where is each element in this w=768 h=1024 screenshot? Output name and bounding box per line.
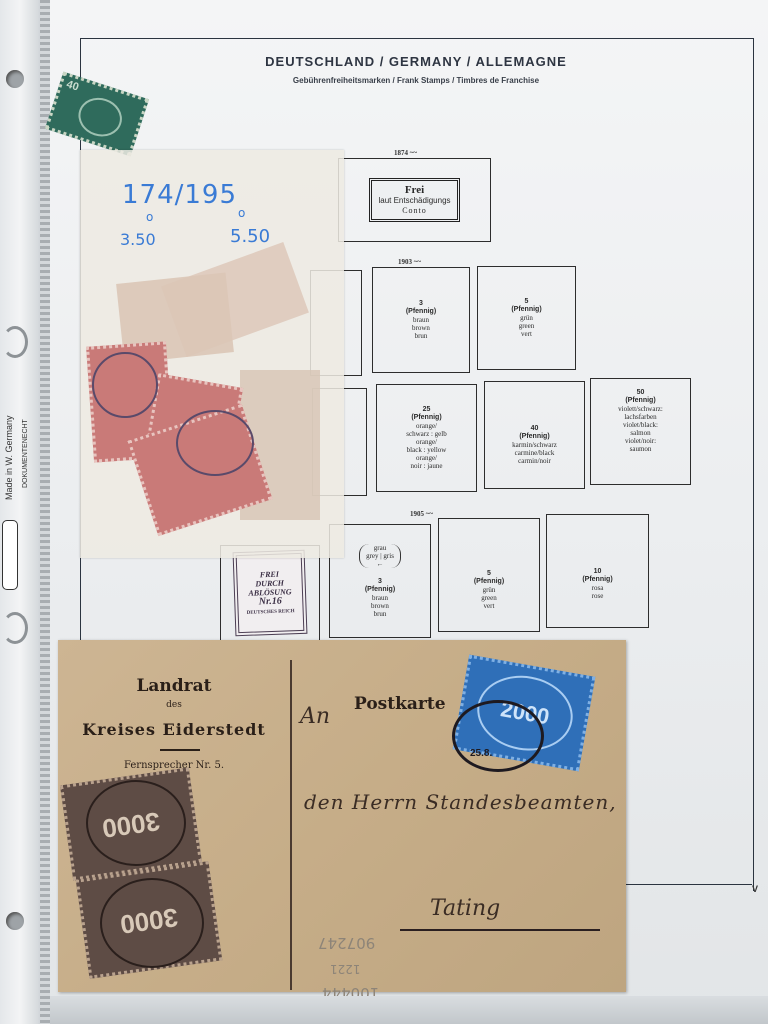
slot-note: grey | gris: [366, 552, 394, 560]
address-city: Tating: [430, 896, 500, 921]
made-in-label: Made in W. Germany: [4, 415, 14, 500]
binder-edge: [40, 0, 50, 1024]
slot-color: saumon: [618, 445, 663, 453]
arrow-left-icon: ←: [366, 560, 394, 568]
used-mark: o: [238, 206, 245, 220]
slot-color: violet/black:: [618, 421, 663, 429]
slot-value: 5: [511, 298, 541, 306]
stamp-slot-3pf-1905: graugrey | gris← 3(Pfennig)braunbrownbru…: [329, 524, 431, 638]
pencil-note: 907247: [318, 934, 375, 952]
slot-unit: (Pfennig): [406, 308, 436, 316]
slot-color: orange/: [406, 438, 446, 446]
slot-value: 3: [406, 300, 436, 308]
slot-color: orange/: [406, 454, 446, 462]
address-line: den Herrn Standesbeamten,: [304, 790, 617, 814]
binder-ring: [2, 612, 28, 644]
year-label: 1874 ~~: [394, 149, 417, 157]
pencil-note: 1221: [330, 962, 361, 976]
slot-color: violet/noir:: [618, 437, 663, 445]
slot-color: karmin/schwarz: [512, 441, 557, 449]
slot-unit: (Pfennig): [474, 578, 504, 586]
slot-color: rosa: [582, 584, 612, 592]
sender-line: des: [58, 700, 290, 710]
slot-color: black : yellow: [406, 446, 446, 454]
slot-color: rose: [582, 592, 612, 600]
archival-label: DOKUMENTENECHT: [22, 419, 29, 488]
frei-line: Frei: [378, 184, 450, 196]
slot-color: brown: [406, 324, 436, 332]
slot-color: carmine/black: [512, 449, 557, 457]
slot-color: vert: [474, 602, 504, 610]
slot-unit: (Pfennig): [406, 414, 446, 422]
page-title: DEUTSCHLAND / GERMANY / ALLEMAGNE: [80, 54, 752, 69]
sender-line: Kreises Eiderstedt: [58, 720, 290, 739]
slot-color: grün: [474, 586, 504, 594]
stamp-slot-5pf: 5(Pfennig)grüngreenvert: [477, 266, 576, 370]
frei-line: Conto: [378, 206, 450, 216]
slot-color: grün: [511, 314, 541, 322]
slot-color: braun: [359, 594, 401, 602]
album-pocket-strip: [50, 996, 768, 1024]
slot-value: 3: [359, 578, 401, 586]
brand-logo: [2, 520, 18, 590]
slot-color: green: [474, 594, 504, 602]
slot-color: vert: [511, 330, 541, 338]
binder-hole: [6, 912, 24, 930]
page-marker: V: [752, 884, 758, 894]
slot-unit: (Pfennig): [359, 586, 401, 594]
stamp-slot-25pf: 25(Pfennig)orange/schwarz : gelborange/b…: [376, 384, 477, 492]
slot-color: braun: [406, 316, 436, 324]
sender-rule: [160, 749, 200, 751]
stamp-value: 40: [65, 78, 80, 93]
slot-unit: (Pfennig): [582, 576, 612, 584]
sender-line: Landrat: [58, 676, 290, 696]
binder-hole: [6, 70, 24, 88]
handwritten-price: 3.50: [120, 230, 156, 249]
slot-value: 40: [512, 425, 557, 433]
binder-ring: [2, 326, 28, 358]
year-label: 1905 ~~: [410, 510, 433, 518]
slot-color: lachsfarben: [618, 413, 663, 421]
stamp-text: DEUTSCHES REICH: [247, 607, 295, 618]
slot-value: 50: [618, 389, 663, 397]
slot-note: grau: [366, 544, 394, 552]
postmark: [92, 352, 158, 418]
slot-value: 10: [582, 568, 612, 576]
postcard-heading: Postkarte: [354, 694, 446, 714]
frei-durch-abloesung-stamp: FREI DURCH ABLÖSUNG Nr.16 DEUTSCHES REIC…: [233, 550, 308, 636]
stamp-slot-40pf: 40(Pfennig)karmin/schwarzcarmine/blackca…: [484, 381, 585, 489]
address-underline: [400, 929, 600, 931]
handwritten-catalog-range: 174/195: [122, 180, 237, 210]
slot-color: green: [511, 322, 541, 330]
postmark-date: 25.8.: [470, 748, 492, 759]
postmark: [86, 780, 186, 866]
stamp-slot-10pf-1905: 10(Pfennig)rosarose: [546, 514, 649, 628]
stamp-slot: Frei laut Entschädigungs Conto: [338, 158, 491, 242]
slot-color: carmin/noir: [512, 457, 557, 465]
slot-color: salmon: [618, 429, 663, 437]
stamp-text: Nr.16: [259, 596, 282, 606]
postcard-divider: [290, 660, 292, 990]
postmark: [452, 700, 544, 772]
eagle-emblem-icon: [73, 92, 127, 142]
slot-unit: (Pfennig): [618, 397, 663, 405]
slot-color: brun: [359, 610, 401, 618]
stamp-slot-mounted: FREI DURCH ABLÖSUNG Nr.16 DEUTSCHES REIC…: [220, 545, 320, 641]
stamp-slot-5pf-1905: 5(Pfennig)grüngreenvert: [438, 518, 540, 632]
frei-label-box: Frei laut Entschädigungs Conto: [369, 178, 459, 222]
stamp-slot-50pf: 50(Pfennig)violett/schwarz:lachsfarbenvi…: [590, 378, 691, 485]
address-line: An: [300, 704, 330, 729]
slot-color: brown: [359, 602, 401, 610]
postmark: [100, 878, 204, 968]
page-subtitle: Gebührenfreiheitsmarken / Frank Stamps /…: [80, 76, 752, 85]
handwritten-price: 5.50: [230, 226, 270, 247]
slot-color: brun: [406, 332, 436, 340]
frei-line: laut Entschädigungs: [378, 196, 450, 206]
slot-color: violett/schwarz:: [618, 405, 663, 413]
slot-color: orange/: [406, 422, 446, 430]
slot-unit: (Pfennig): [511, 306, 541, 314]
slot-value: 5: [474, 570, 504, 578]
slot-value: 25: [406, 406, 446, 414]
used-mark: o: [146, 210, 153, 224]
slot-color: noir : jaune: [406, 462, 446, 470]
stamp-slot-3pf: 3(Pfennig)braunbrownbrun: [372, 267, 470, 373]
postmark: [176, 410, 254, 476]
year-label: 1903 ~~: [398, 258, 421, 266]
slot-unit: (Pfennig): [512, 433, 557, 441]
slot-color: schwarz : gelb: [406, 430, 446, 438]
